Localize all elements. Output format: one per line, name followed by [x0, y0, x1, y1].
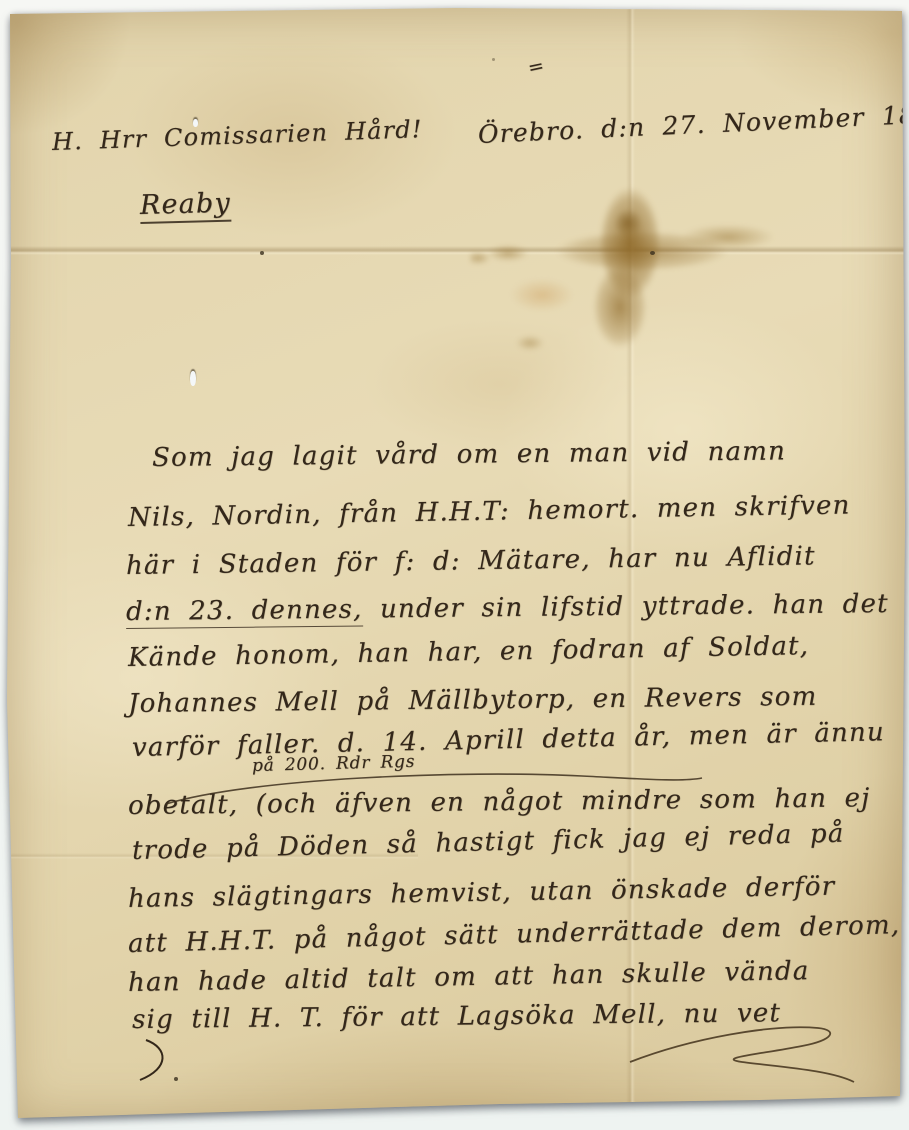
body-line-text: Johannes Mell på Mällbytorp, en Revers s… [128, 682, 818, 719]
body-line: här i Staden för f: d: Mätare, har nu Af… [126, 541, 816, 581]
body-line: han hade altid talt om att han skulle vä… [128, 956, 810, 998]
letter-scan: = Örebro. d:n 27. November 1849 H. Hrr C… [0, 0, 909, 1130]
closing-flourish [622, 1018, 862, 1088]
body-line-text: varför faller. d. 14. Aprill detta år, m… [132, 717, 885, 763]
body-line: varför faller. d. 14. Aprill detta år, m… [132, 717, 885, 763]
body-line: Som jag lagit vård om en man vid namn [152, 436, 786, 473]
dateline: Örebro. d:n 27. November 1849 [477, 99, 909, 149]
body-line: d:n 23. dennes, under sin lifstid yttrad… [126, 588, 909, 627]
body-line-text: att H.H.T. på något sätt underrättade de… [128, 910, 901, 959]
paper-speck [650, 251, 655, 255]
descender-loop-stroke [136, 1038, 178, 1084]
body-line: Kände honom, han har, en fodran af Solda… [128, 631, 810, 673]
horizontal-fold-crease [0, 246, 909, 255]
paper-speck [492, 58, 495, 61]
salutation-place: Reaby [140, 188, 232, 224]
paper-speck [260, 251, 264, 255]
body-line-text: här i Staden för f: d: Mätare, har nu Af… [126, 541, 816, 581]
body-line: att H.H.T. på något sätt underrättade de… [128, 910, 901, 959]
pinhole [190, 371, 196, 386]
paper-shadow-wrap: = Örebro. d:n 27. November 1849 H. Hrr C… [0, 0, 909, 1130]
body-line-text: Nils, Nordin, från H.H.T: hemort. men sk… [128, 490, 851, 533]
body-line-text: trode på Döden så hastigt fick jag ej re… [132, 819, 845, 866]
body-line-text: han hade altid talt om att han skulle vä… [128, 956, 810, 998]
letter-paper: = Örebro. d:n 27. November 1849 H. Hrr C… [0, 0, 909, 1130]
body-line: Johannes Mell på Mällbytorp, en Revers s… [128, 682, 818, 719]
pen-mark: = [526, 55, 546, 80]
body-line-text: Kände honom, han har, en fodran af Solda… [128, 631, 810, 673]
underlined-fragment: d:n 23. dennes, [126, 595, 363, 629]
salutation: H. Hrr Comissarien Hård! [52, 115, 424, 156]
body-line-text: Som jag lagit vård om en man vid namn [152, 436, 786, 473]
body-line: trode på Döden så hastigt fick jag ej re… [132, 819, 845, 866]
sweeping-pen-stroke [162, 768, 707, 810]
body-line: hans slägtingars hemvist, utan önskade d… [128, 872, 836, 914]
body-line: Nils, Nordin, från H.H.T: hemort. men sk… [128, 490, 851, 533]
body-line-text: hans slägtingars hemvist, utan önskade d… [128, 872, 836, 914]
ink-stain [470, 165, 800, 355]
body-line-text: under sin lifstid yttrade. han det H.H.T… [362, 588, 909, 625]
